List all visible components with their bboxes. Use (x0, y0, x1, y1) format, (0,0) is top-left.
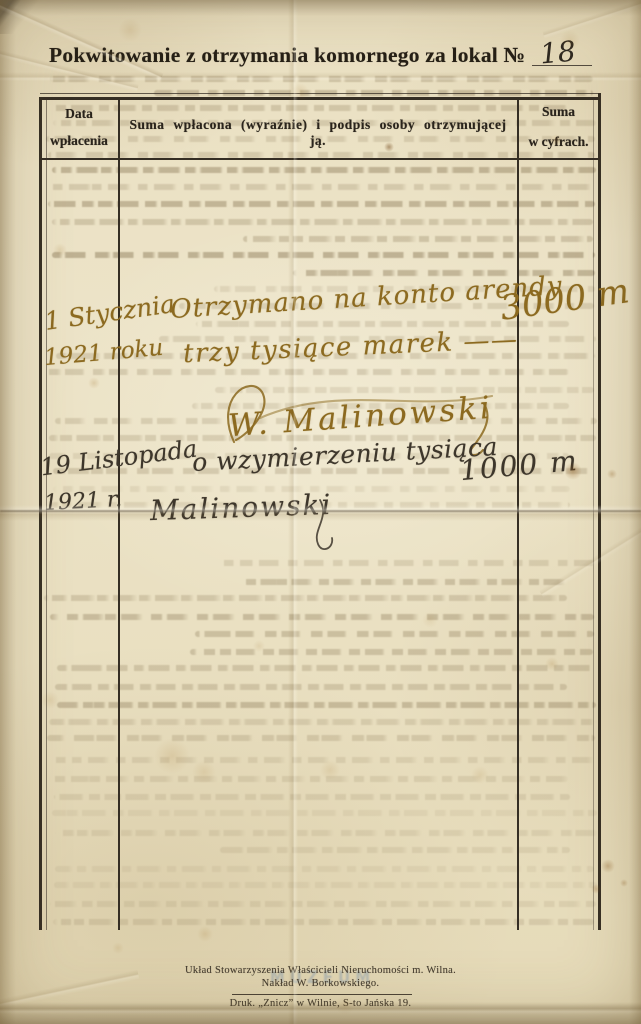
table-right-inner-rule (593, 97, 594, 930)
signature2-flourish (312, 492, 352, 562)
header-sum-in-words: Suma wpłacona (wyraźnie) i podpis osoby … (122, 117, 514, 149)
stain-spot (601, 859, 615, 873)
bleedthrough-text-line (52, 219, 593, 225)
table-column-separator-2 (517, 97, 519, 930)
bleedthrough-text-line (47, 735, 595, 741)
stain-spot (607, 469, 617, 479)
document-title: Pokwitowanie z otrzymania komornego za l… (49, 43, 525, 68)
bleedthrough-text-line (44, 595, 568, 601)
bleedthrough-text-line (195, 631, 594, 637)
paper-edge-shadow-top (0, 0, 641, 16)
document-title-row: Pokwitowanie z otrzymania komornego za l… (0, 36, 641, 69)
bleedthrough-text-line (52, 105, 567, 111)
header-sum-line1: Suma (517, 104, 600, 120)
bleedthrough-text-line (49, 776, 569, 782)
bleedthrough-text-line (57, 702, 596, 708)
stain-spot (88, 377, 100, 389)
table-top-outer-rule (40, 93, 600, 94)
header-date-line1: Data (40, 106, 118, 122)
entry1-date-line2: 1921 roku (43, 335, 164, 371)
bleedthrough-text-line (190, 649, 593, 655)
bleedthrough-text-line (48, 152, 595, 158)
bleedthrough-text-line (52, 810, 597, 816)
header-date-line2: wpłacenia (36, 133, 122, 149)
entry2-date-line2: 1921 r. (43, 487, 122, 516)
table-right-rule (598, 93, 601, 930)
paper-edge-shadow-right (629, 0, 641, 1024)
bleedthrough-text-line (55, 684, 567, 690)
bleedthrough-text-line (243, 236, 593, 242)
stain-spot (620, 879, 628, 887)
bleedthrough-text-line (49, 184, 594, 190)
bleedthrough-text-line (55, 830, 597, 836)
receipt-document-photo: Pokwitowanie z otrzymania komornego za l… (0, 0, 641, 1024)
paper-corner-shadow (0, 0, 46, 34)
entry2-signature: Malinowski (149, 488, 332, 527)
footer-rule (232, 994, 412, 995)
lokal-number-underline (532, 65, 592, 67)
stain-spot (197, 926, 213, 942)
table-column-separator-1 (118, 97, 120, 930)
footer-association-line: Układ Stowarzyszenia Właścicieli Nieruch… (0, 965, 641, 976)
bleedthrough-text-line (50, 614, 594, 620)
table-left-rule (39, 97, 42, 930)
bleedthrough-text-line (55, 866, 595, 872)
bleedthrough-text-line (57, 665, 596, 671)
paper-wrinkle (542, 0, 641, 39)
entry1-date-line1: 1 Stycznia (43, 289, 177, 336)
bleedthrough-text-line (52, 167, 596, 173)
bleedthrough-text-line (50, 901, 596, 907)
bleedthrough-text-line (52, 252, 595, 258)
bleedthrough-text-line (216, 560, 594, 566)
footer-printer-line: Druk. „Znicz” w Wilnie, S-to Jańska 19. (0, 998, 641, 1009)
lokal-number-field: 18 (534, 36, 592, 69)
header-sum-line2: w cyfrach. (517, 134, 600, 150)
bleedthrough-text-line (50, 76, 593, 82)
bleedthrough-text-line (49, 719, 596, 725)
entry1-text-line2: trzy tysiące marek —— (183, 325, 520, 370)
paper-edge-shadow-left (0, 0, 16, 1024)
bleedthrough-text-line (53, 919, 595, 925)
bleedthrough-text-line (244, 579, 568, 585)
bleedthrough-text-line (54, 882, 597, 888)
bleedthrough-text-line (54, 794, 570, 800)
bleedthrough-text-line (48, 201, 595, 207)
stain-spot (112, 942, 124, 954)
bleedthrough-text-line (53, 757, 596, 763)
table-header-bottom-rule (39, 158, 601, 160)
footer-edition-line: Nakład W. Borkowskiego. (0, 978, 641, 989)
